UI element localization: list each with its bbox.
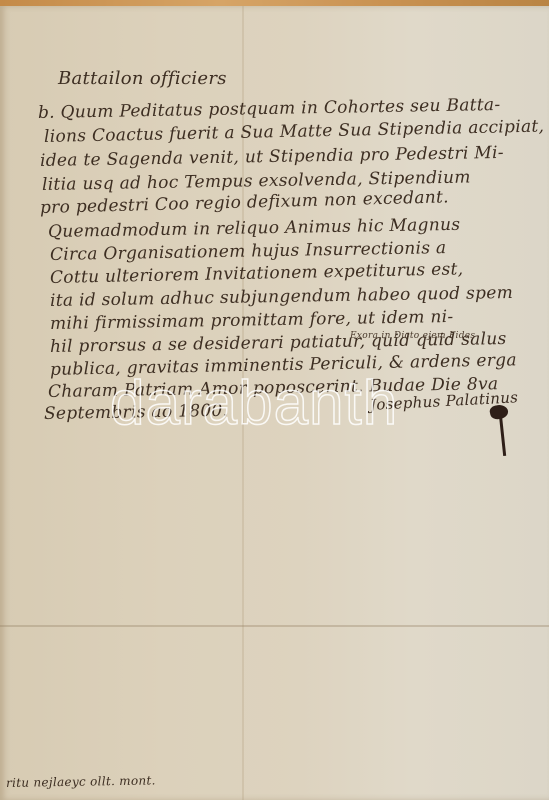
interlinear-note: Exora in Dicto ejem Fides [350, 331, 475, 341]
letter-heading: Battailon officiers [58, 68, 227, 89]
horizontal-fold-crease [0, 625, 549, 627]
watermark: darabanth [110, 368, 398, 439]
footer-note: ritu nejlaeyc ollt. mont. [6, 773, 156, 790]
